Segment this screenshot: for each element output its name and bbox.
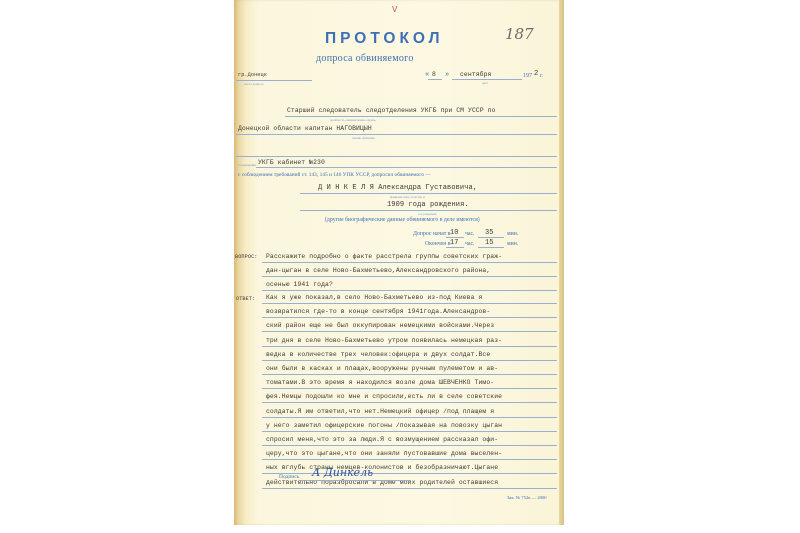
question-label: ВОПРОС: xyxy=(235,254,258,260)
investigator-underline-2 xyxy=(236,134,557,135)
date-month-underline xyxy=(452,79,522,80)
line-rule xyxy=(262,360,557,361)
line-rule xyxy=(262,431,557,432)
typed-line: церу,что это цыгане,что они заняли пусто… xyxy=(266,450,502,457)
start-hour: 10 xyxy=(450,229,459,237)
end-hour-underline xyxy=(446,247,464,248)
start-hour-underline xyxy=(446,237,464,238)
print-code: Зак. № 752в — 2000 xyxy=(507,495,547,500)
legal-basis: с соблюдением требований ст. 143, 145 и … xyxy=(238,172,431,178)
typed-line: ский район еще не был оккупирован немецк… xyxy=(266,322,494,329)
line-rule xyxy=(262,459,557,460)
location-prefix: в помещении xyxy=(238,163,256,167)
end-min-underline xyxy=(478,247,504,248)
typed-line: Как я уже показал,в село Ново-Бахметьево… xyxy=(266,294,482,301)
year-unit: г. xyxy=(540,73,543,79)
line-rule xyxy=(262,276,557,277)
line-rule xyxy=(262,331,557,332)
answer-label: ОТВЕТ: xyxy=(236,296,255,302)
typed-line: спросил меня,что это за люди.Я с возмуще… xyxy=(266,436,498,443)
page-number-handwritten: 187 xyxy=(505,25,534,43)
line-rule xyxy=(262,374,557,375)
bio-note: (другие биографические данные обвиняемог… xyxy=(325,217,480,223)
typed-line: ных вглубь страны немцев-колонистов и бе… xyxy=(266,464,498,471)
date-month: сентября xyxy=(460,71,491,78)
typed-line: солдаты.Я им ответил,что нет.Немецкий оф… xyxy=(266,408,494,415)
birth-underline xyxy=(300,210,557,211)
date-day: 8 xyxy=(432,71,436,78)
line-rule xyxy=(262,445,557,446)
line-rule xyxy=(262,402,557,403)
typed-line: ведка в количестве трех человек:офицера … xyxy=(266,351,490,358)
line-rule xyxy=(262,388,557,389)
end-hour: 17 xyxy=(450,239,459,247)
document-subtitle: допроса обвиняемого xyxy=(316,53,414,64)
end-min-label: мин. xyxy=(507,241,518,247)
line-rule xyxy=(262,262,557,263)
typed-line: осенью 1941 года? xyxy=(266,281,333,288)
accused-name-caption: фамилия, имя, отчество и xyxy=(390,195,425,199)
year-suffix: 2 xyxy=(534,70,538,78)
typed-line: Расскажите подробно о факте расстрела гр… xyxy=(266,253,502,260)
place-caption: место допроса xyxy=(244,82,264,86)
typed-line: томатами.В это время я находился возле д… xyxy=(266,379,494,386)
end-hour-label: час. xyxy=(465,241,475,247)
start-label: Допрос начат в xyxy=(413,231,450,237)
signature: А Динкель xyxy=(312,466,373,479)
place-underline xyxy=(236,80,312,81)
date-day-underline xyxy=(428,79,442,80)
accused-name: Д И Н К Е Л Я Александра Густавовича, xyxy=(318,184,477,192)
birth-year: 1909 года рождения. xyxy=(387,201,469,209)
start-hour-label: час. xyxy=(465,231,475,237)
page-edge xyxy=(559,0,564,525)
typed-line: они были в касках и плащах,вооружены руч… xyxy=(266,365,498,372)
line-rule xyxy=(262,303,557,304)
line-rule xyxy=(262,346,557,347)
start-min: 35 xyxy=(485,229,494,237)
interrogation-location: УКГБ кабинет №230 xyxy=(258,159,325,166)
typed-line: три дня в селе Ново-Бахметьево утром поя… xyxy=(266,337,502,344)
check-mark: V xyxy=(392,5,397,14)
signature-underline xyxy=(300,480,410,481)
accused-underline xyxy=(300,193,557,194)
birth-caption: год рождения xyxy=(418,212,436,216)
end-min: 15 xyxy=(485,239,494,247)
investigator-underline-1 xyxy=(285,116,557,117)
date-caption: дата xyxy=(482,81,488,85)
line-rule xyxy=(262,488,557,489)
typed-line: возвратился где-то в конце сентября 1941… xyxy=(266,308,490,315)
interrogation-place: гр.Донецк xyxy=(238,72,267,78)
blank-underline xyxy=(236,156,557,157)
investigator-line-2: Донецкой области капитан НАГОВИЦЫН xyxy=(238,125,372,132)
investigator-line-1: Старший следователь следотделения УКГБ п… xyxy=(287,107,496,114)
typed-line: дан-цыган в селе Ново-Бахметьево,Алексан… xyxy=(266,267,490,274)
location-underline xyxy=(256,167,557,168)
investigator-name-caption: звание, фамилия xyxy=(352,136,375,140)
line-rule xyxy=(262,473,557,474)
start-min-underline xyxy=(478,237,504,238)
investigator-caption: должность, наименование органа, xyxy=(330,118,376,122)
document-title: ПРОТОКОЛ xyxy=(325,30,443,48)
typed-line: фея.Немцы подошли ко мне и спросили,есть… xyxy=(266,393,502,400)
signature-label: Подпись xyxy=(279,474,299,480)
line-rule xyxy=(262,317,557,318)
line-rule xyxy=(262,290,557,291)
line-rule xyxy=(262,417,557,418)
start-min-label: мин. xyxy=(507,231,518,237)
typed-line: у него заметил офицерские погоны /показы… xyxy=(266,422,502,429)
year-prefix: 197 xyxy=(523,73,532,79)
